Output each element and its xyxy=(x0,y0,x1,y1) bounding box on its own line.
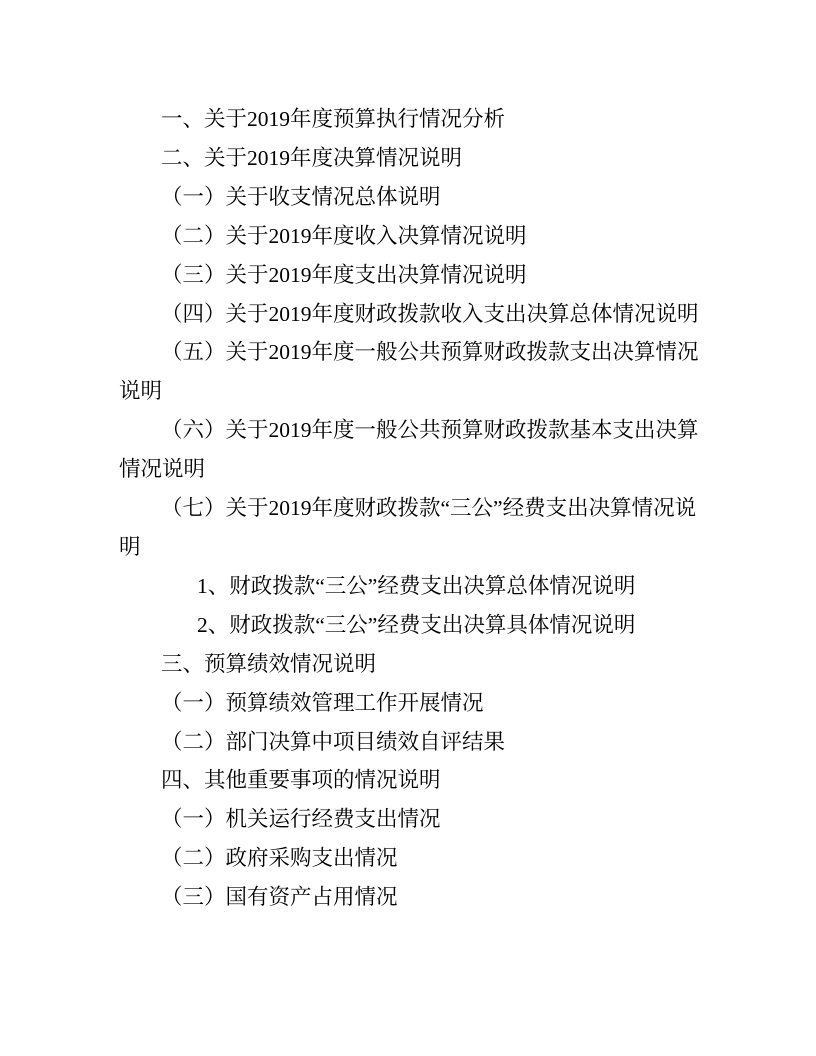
toc-line: （二）政府采购支出情况 xyxy=(119,839,704,878)
toc-line: 二、关于2019年度决算情况说明 xyxy=(119,139,704,178)
toc-line: 明 xyxy=(119,528,704,567)
toc-line: （一）机关运行经费支出情况 xyxy=(119,800,704,839)
toc-line: （六）关于2019年度一般公共预算财政拨款基本支出决算 xyxy=(119,411,704,450)
toc-line: （七）关于2019年度财政拨款“三公”经费支出决算情况说 xyxy=(119,489,704,528)
toc-line: （三）关于2019年度支出决算情况说明 xyxy=(119,256,704,295)
toc-line: （五）关于2019年度一般公共预算财政拨款支出决算情况 xyxy=(119,333,704,372)
document-page: 一、关于2019年度预算执行情况分析二、关于2019年度决算情况说明（一）关于收… xyxy=(0,0,816,1056)
toc-line: 三、预算绩效情况说明 xyxy=(119,645,704,684)
toc-line: 情况说明 xyxy=(119,450,704,489)
toc-line: 四、其他重要事项的情况说明 xyxy=(119,761,704,800)
toc-line: 2、财政拨款“三公”经费支出决算具体情况说明 xyxy=(119,606,704,645)
toc-line: （一）关于收支情况总体说明 xyxy=(119,178,704,217)
toc-line: （四）关于2019年度财政拨款收入支出决算总体情况说明 xyxy=(119,295,704,334)
toc-line: （一）预算绩效管理工作开展情况 xyxy=(119,684,704,723)
toc-line: （二）关于2019年度收入决算情况说明 xyxy=(119,217,704,256)
toc-line: （二）部门决算中项目绩效自评结果 xyxy=(119,723,704,762)
toc-line: （三）国有资产占用情况 xyxy=(119,878,704,917)
toc-line: 一、关于2019年度预算执行情况分析 xyxy=(119,100,704,139)
table-of-contents: 一、关于2019年度预算执行情况分析二、关于2019年度决算情况说明（一）关于收… xyxy=(119,100,704,917)
toc-line: 1、财政拨款“三公”经费支出决算总体情况说明 xyxy=(119,567,704,606)
toc-line: 说明 xyxy=(119,372,704,411)
